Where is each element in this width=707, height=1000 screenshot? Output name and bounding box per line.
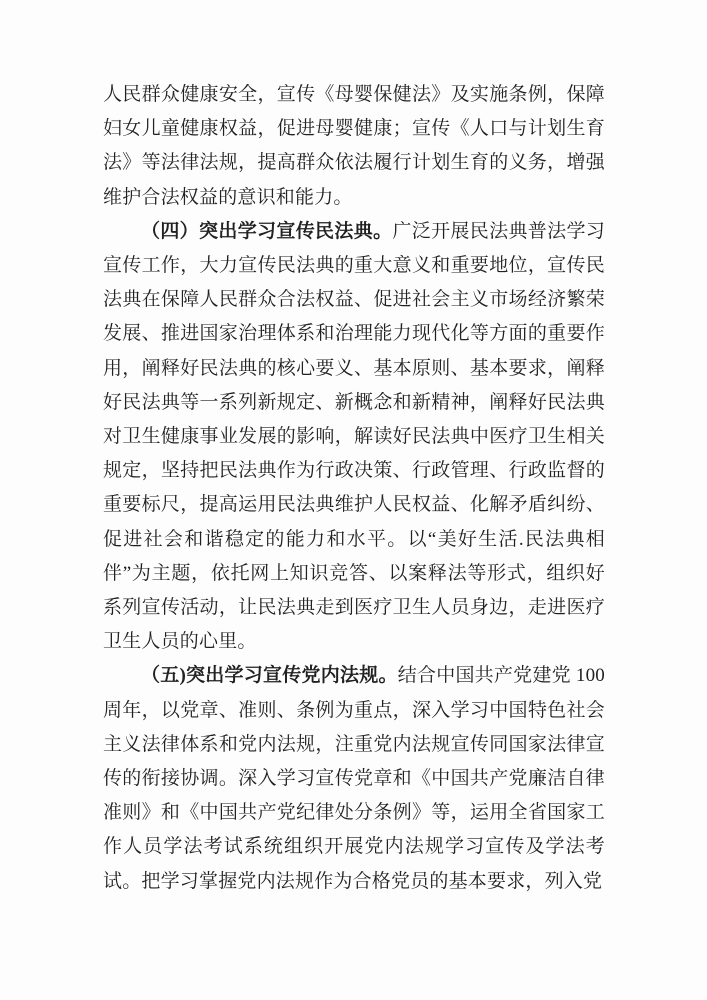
paragraph-text: 人民群众健康安全，宣传《母婴保健法》及实施条例，保障妇女儿童健康权益，促进母婴健… — [103, 84, 605, 208]
paragraph-party-regulations: （五)突出学习宣传党内法规。结合中国共产党建党 100 周年，以党章、准则、条例… — [103, 659, 605, 898]
document-page: 人民群众健康安全，宣传《母婴保健法》及实施条例，保障妇女儿童健康权益，促进母婴健… — [0, 0, 707, 1000]
paragraph-text: 广泛开展民法典普法学习宣传工作，大力宣传民法典的重大意义和重要地位，宣传民法典在… — [103, 221, 605, 652]
paragraph-lead-bold: （五)突出学习宣传党内法规。 — [141, 665, 398, 686]
paragraph-health-laws: 人民群众健康安全，宣传《母婴保健法》及实施条例，保障妇女儿童健康权益，促进母婴健… — [103, 78, 605, 215]
paragraph-text: 结合中国共产党建党 100 周年，以党章、准则、条例为重点，深入学习中国特色社会… — [103, 665, 605, 891]
paragraph-civil-code: （四）突出学习宣传民法典。广泛开展民法典普法学习宣传工作，大力宣传民法典的重大意… — [103, 215, 605, 660]
paragraph-lead-bold: （四）突出学习宣传民法典。 — [141, 221, 392, 242]
